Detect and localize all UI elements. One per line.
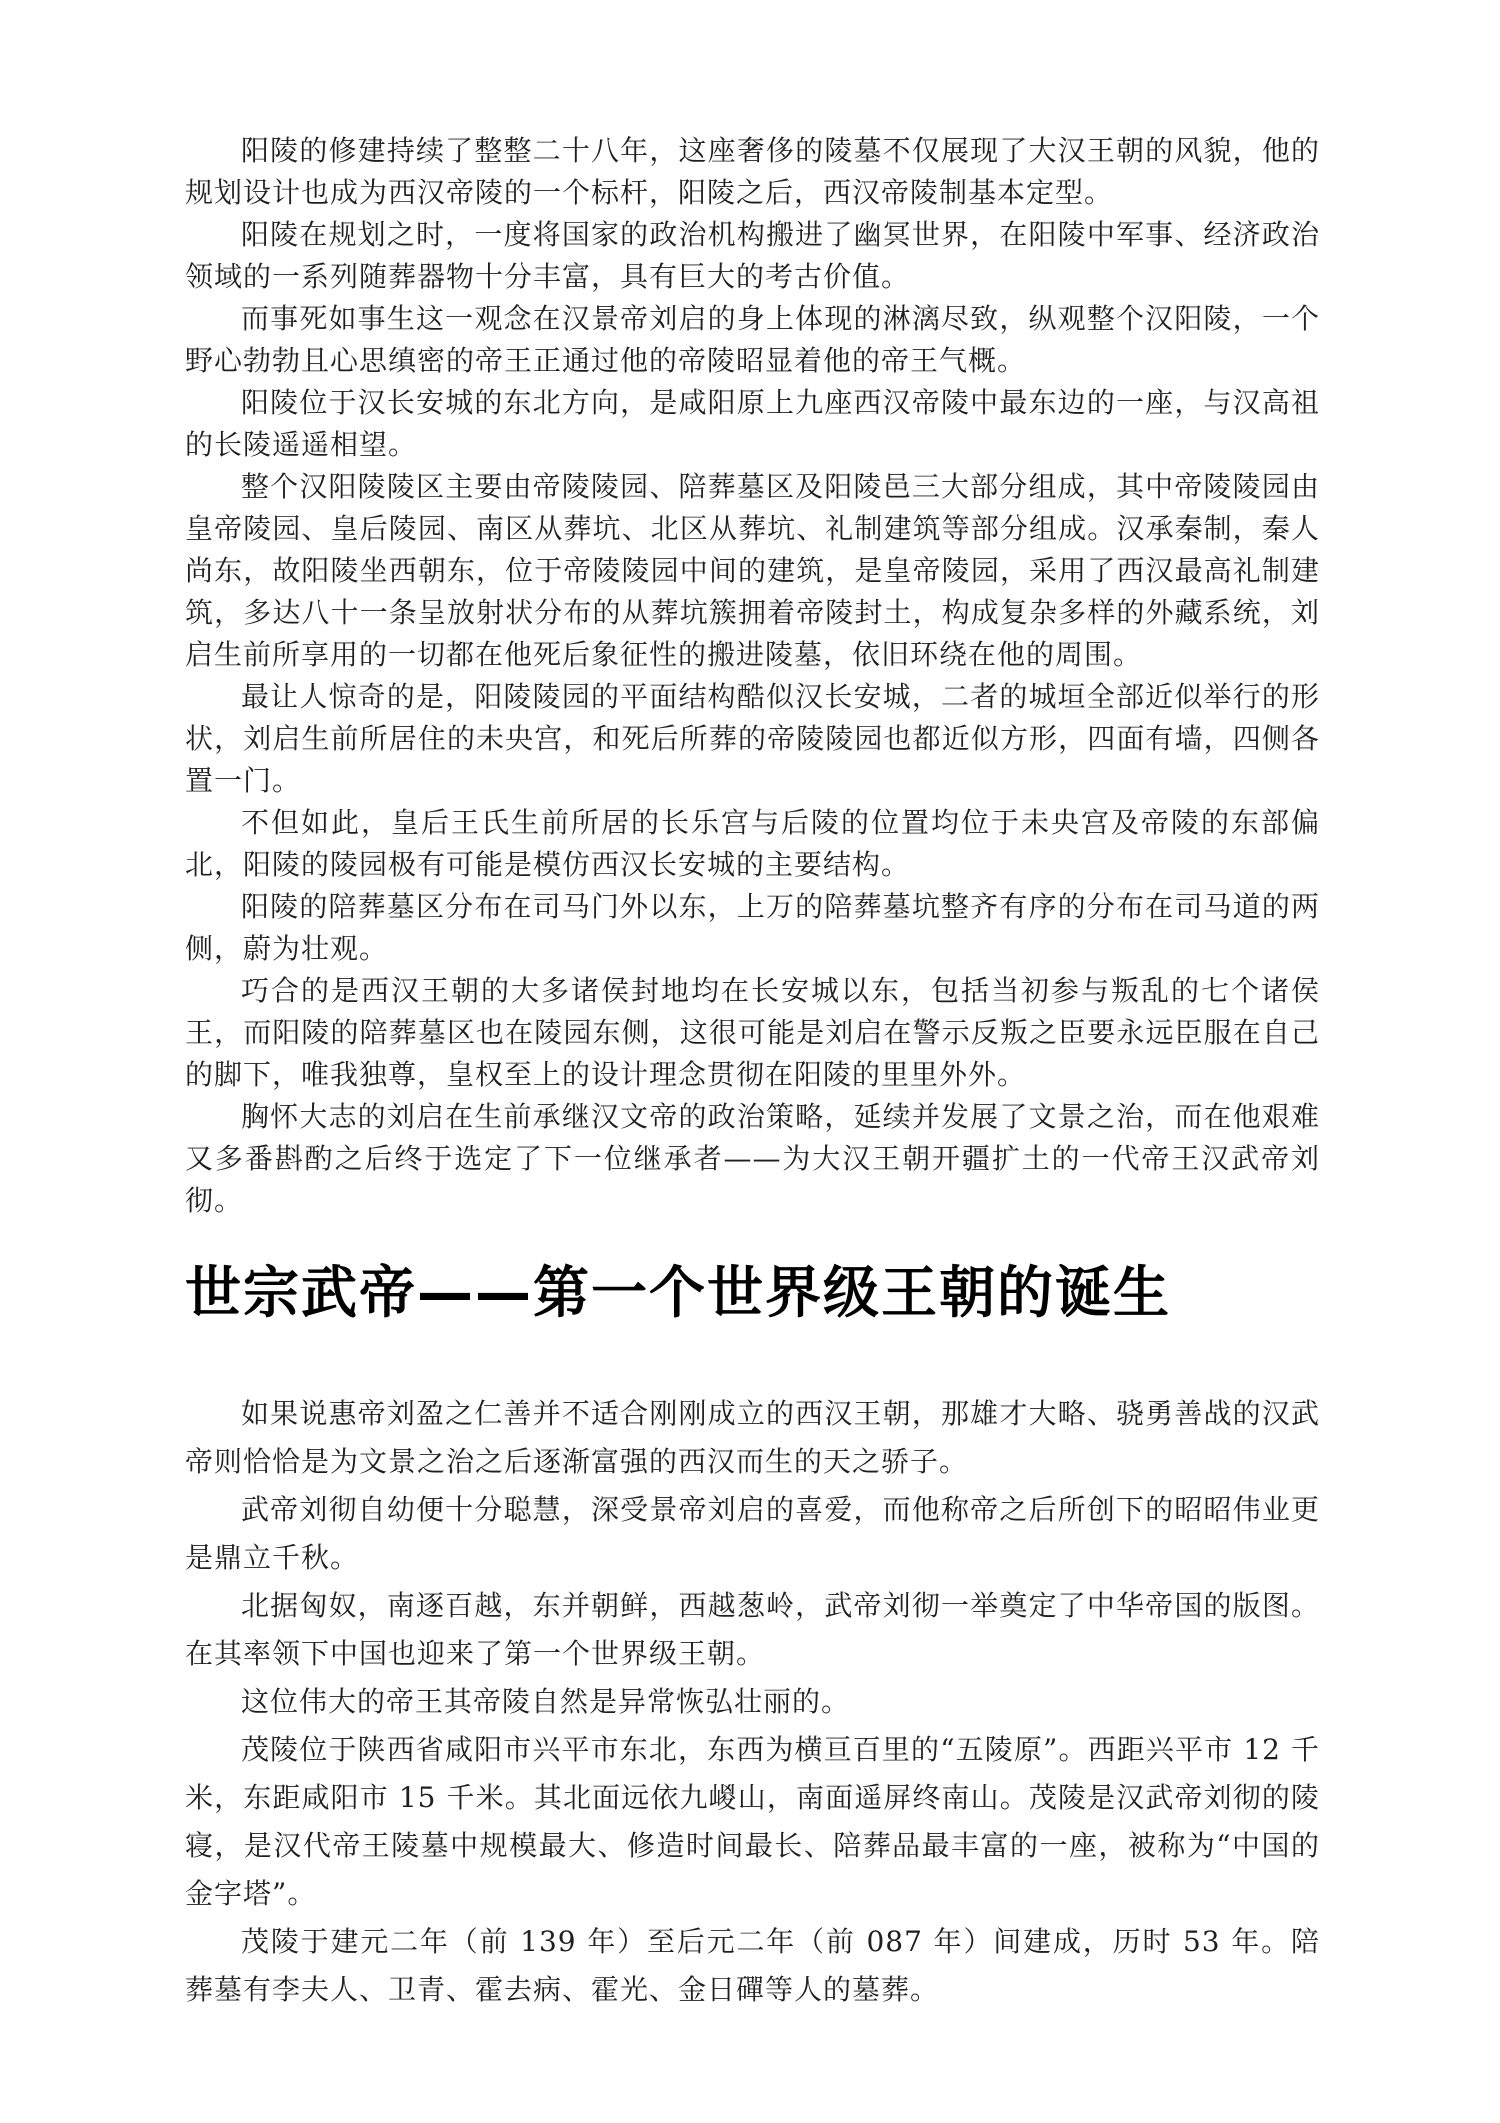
paragraph: 阳陵在规划之时，一度将国家的政治机构搬进了幽冥世界，在阳陵中军事、经济政治领域的… (185, 214, 1320, 298)
paragraph: 这位伟大的帝王其帝陵自然是异常恢弘壮丽的。 (185, 1678, 1320, 1726)
paragraph: 北据匈奴，南逐百越，东并朝鲜，西越葱岭，武帝刘彻一举奠定了中华帝国的版图。在其率… (185, 1582, 1320, 1678)
paragraph: 茂陵位于陕西省咸阳市兴平市东北，东西为横亘百里的“五陵原”。西距兴平市 12 千… (185, 1726, 1320, 1918)
paragraph: 整个汉阳陵陵区主要由帝陵陵园、陪葬墓区及阳陵邑三大部分组成，其中帝陵陵园由皇帝陵… (185, 466, 1320, 676)
paragraph: 武帝刘彻自幼便十分聪慧，深受景帝刘启的喜爱，而他称帝之后所创下的昭昭伟业更是鼎立… (185, 1486, 1320, 1582)
paragraph: 不但如此，皇后王氏生前所居的长乐宫与后陵的位置均位于未央宫及帝陵的东部偏北，阳陵… (185, 802, 1320, 886)
chapter-heading: 世宗武帝——第一个世界级王朝的诞生 (185, 1262, 1320, 1326)
section-yangling-body: 阳陵的修建持续了整整二十八年，这座奢侈的陵墓不仅展现了大汉王朝的风貌，他的规划设… (185, 130, 1320, 1222)
paragraph: 阳陵位于汉长安城的东北方向，是咸阳原上九座西汉帝陵中最东边的一座，与汉高祖的长陵… (185, 382, 1320, 466)
paragraph: 阳陵的修建持续了整整二十八年，这座奢侈的陵墓不仅展现了大汉王朝的风貌，他的规划设… (185, 130, 1320, 214)
paragraph: 胸怀大志的刘启在生前承继汉文帝的政治策略，延续并发展了文景之治，而在他艰难又多番… (185, 1096, 1320, 1222)
paragraph: 巧合的是西汉王朝的大多诸侯封地均在长安城以东，包括当初参与叛乱的七个诸侯王，而阳… (185, 970, 1320, 1096)
section-maoling-body: 如果说惠帝刘盈之仁善并不适合刚刚成立的西汉王朝，那雄才大略、骁勇善战的汉武帝则恰… (185, 1390, 1320, 2014)
paragraph: 而事死如事生这一观念在汉景帝刘启的身上体现的淋漓尽致，纵观整个汉阳陵，一个野心勃… (185, 298, 1320, 382)
paragraph: 如果说惠帝刘盈之仁善并不适合刚刚成立的西汉王朝，那雄才大略、骁勇善战的汉武帝则恰… (185, 1390, 1320, 1486)
paragraph: 茂陵于建元二年（前 139 年）至后元二年（前 087 年）间建成，历时 53 … (185, 1918, 1320, 2014)
paragraph: 阳陵的陪葬墓区分布在司马门外以东，上万的陪葬墓坑整齐有序的分布在司马道的两侧，蔚… (185, 886, 1320, 970)
document-page: 阳陵的修建持续了整整二十八年，这座奢侈的陵墓不仅展现了大汉王朝的风貌，他的规划设… (0, 0, 1500, 2123)
paragraph: 最让人惊奇的是，阳陵陵园的平面结构酷似汉长安城，二者的城垣全部近似举行的形状，刘… (185, 676, 1320, 802)
